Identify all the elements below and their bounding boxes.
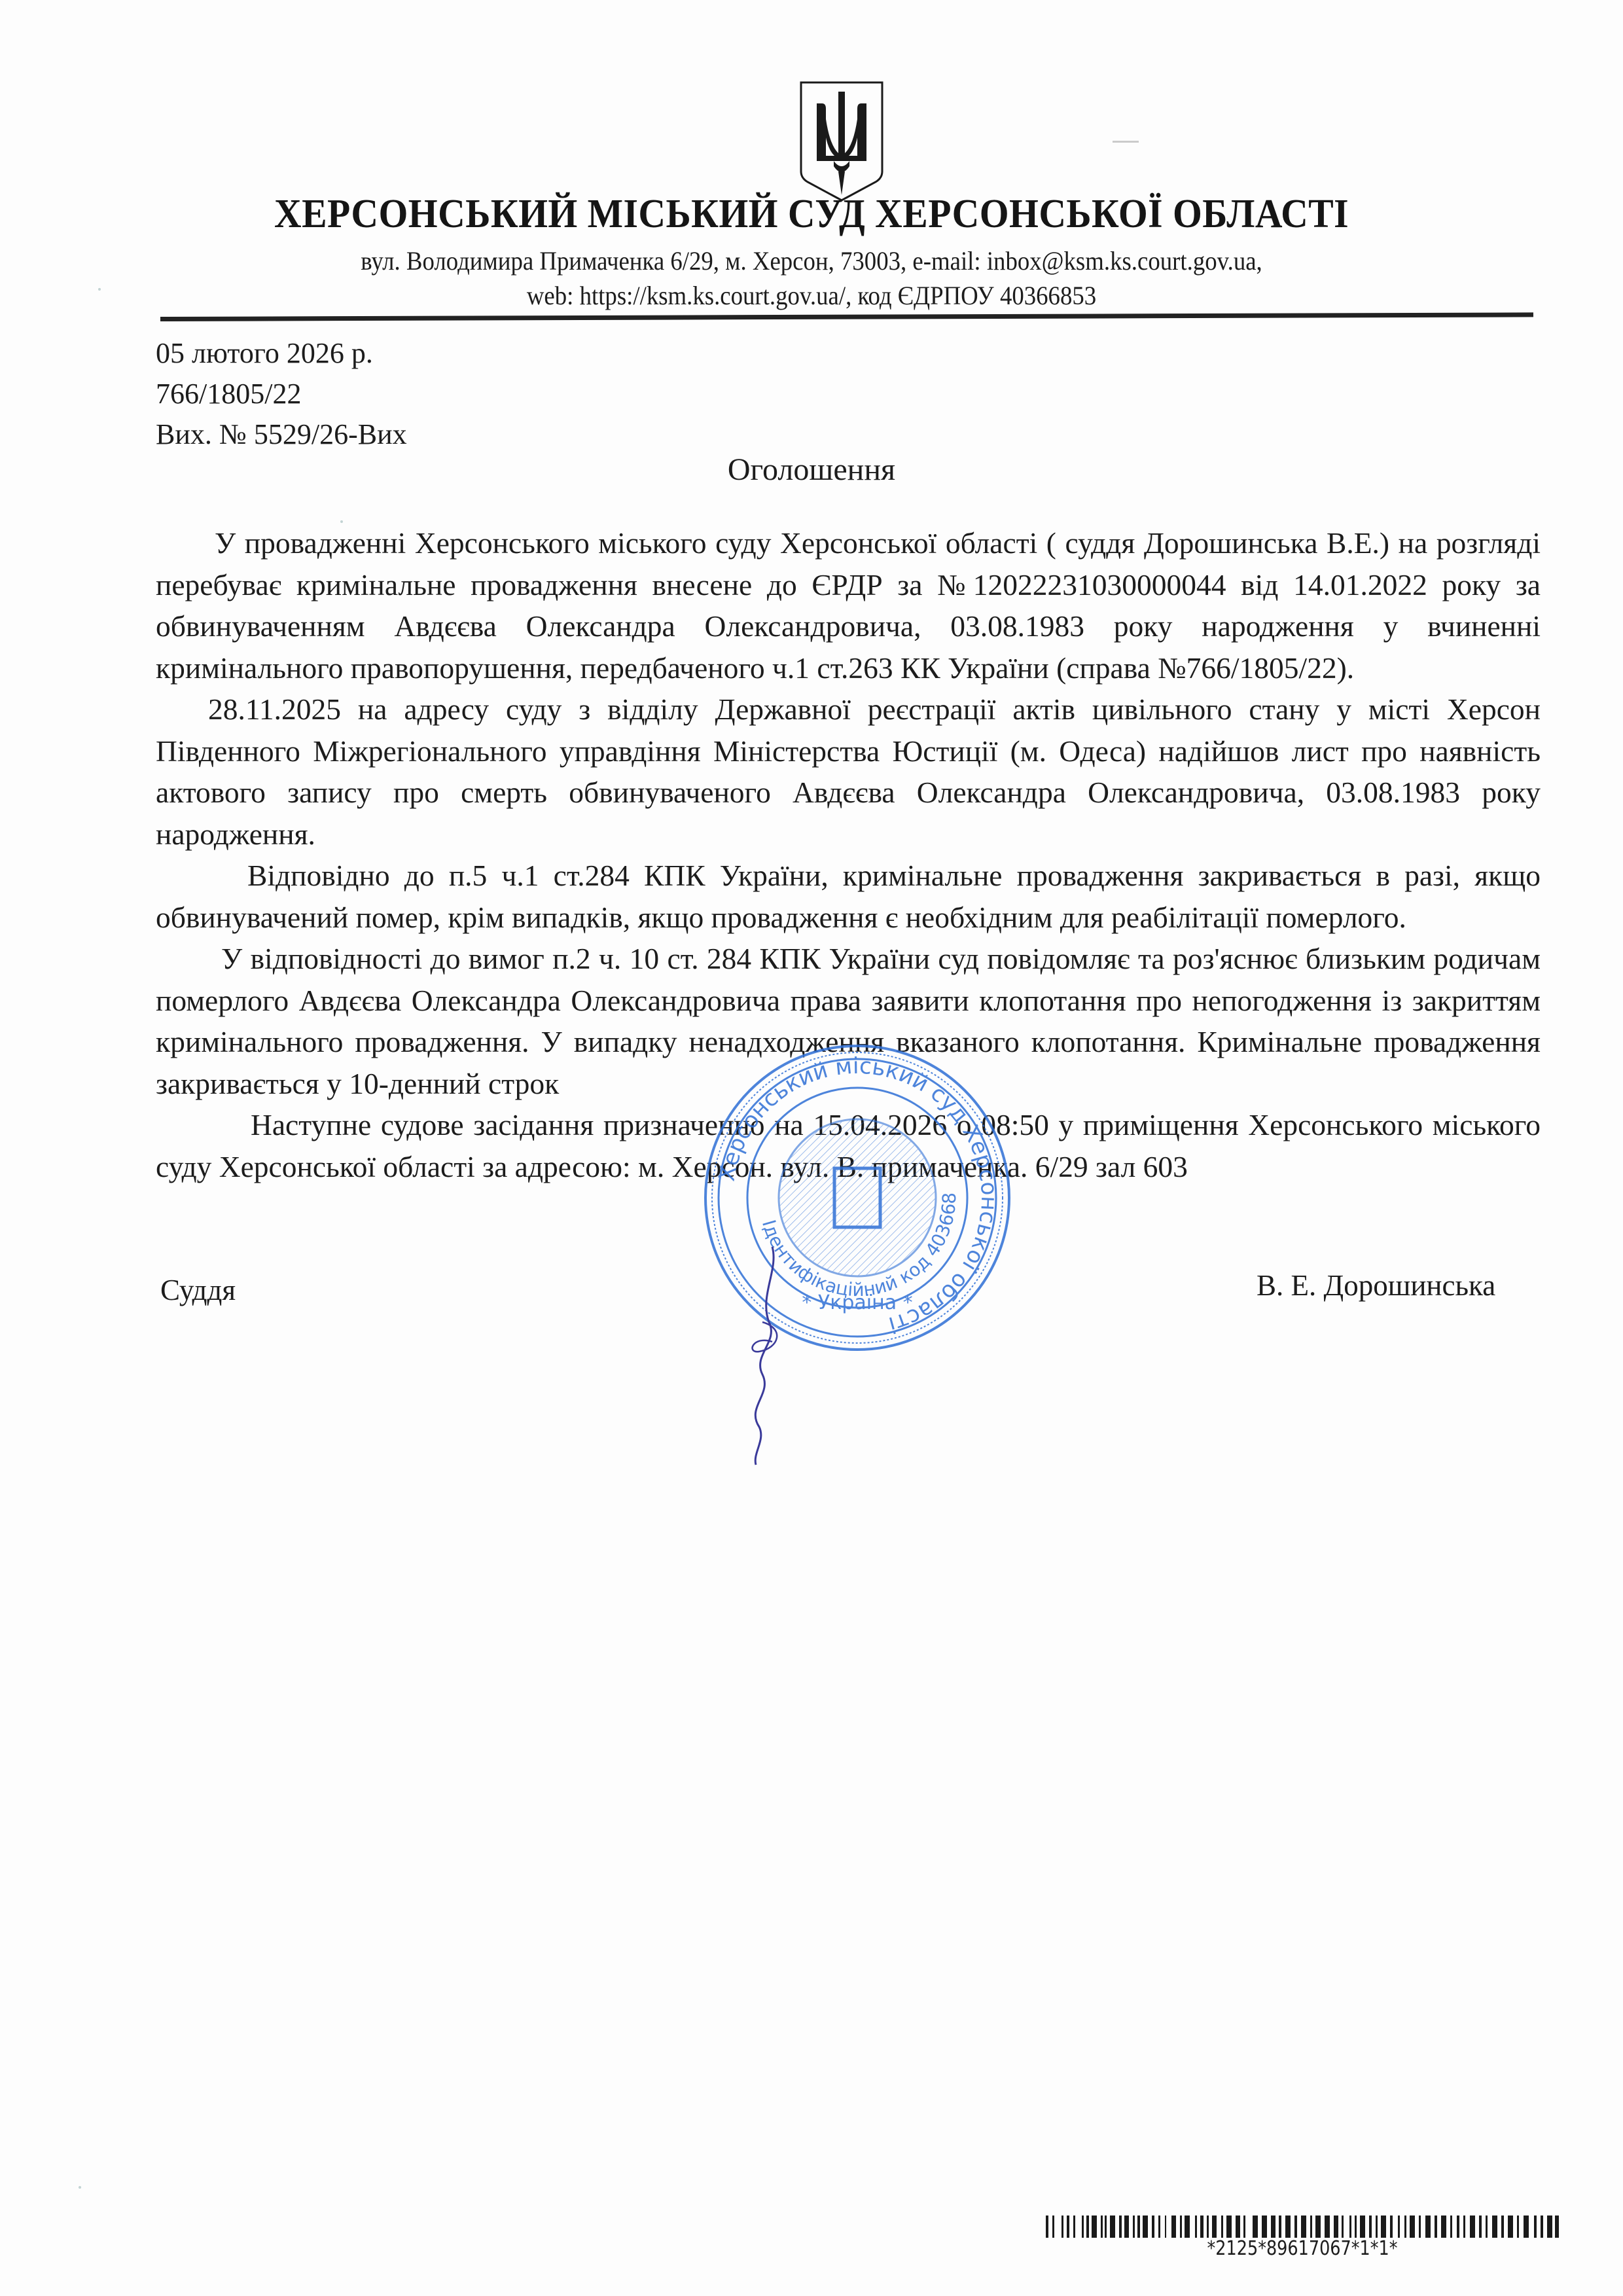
scan-speck [79, 2186, 81, 2189]
case-number: 766/1805/22 [156, 377, 301, 410]
signer-role: Суддя [160, 1273, 236, 1307]
document-barcode [1046, 2215, 1559, 2238]
barcode-number: *2125*89617067*1*1* [1084, 2237, 1520, 2260]
document-date: 05 лютого 2026 р. [156, 336, 373, 370]
scan-speck [340, 520, 343, 523]
paragraph-legal-basis: Відповідно до п.5 ч.1 ст.284 КПК України… [156, 855, 1541, 938]
paragraph-death-record: 28.11.2025 на адресу суду з відділу Держ… [156, 689, 1541, 855]
court-address-line: вул. Володимира Примаченка 6/29, м. Херс… [65, 245, 1558, 276]
handwritten-signature [733, 1244, 805, 1466]
document-title: Оголошення [0, 452, 1623, 488]
scan-speck [98, 288, 101, 291]
signer-name: В. Е. Дорошинська [1257, 1268, 1495, 1302]
court-name-heading: ХЕРСОНСЬКИЙ МІСЬКИЙ СУД ХЕРСОНСЬКОЇ ОБЛА… [57, 191, 1566, 238]
svg-text:* Україна *: * Україна * [802, 1291, 912, 1314]
header-divider [160, 312, 1533, 321]
scan-speck [1113, 141, 1139, 143]
paragraph-proceedings: У провадженні Херсонського міського суду… [156, 522, 1541, 689]
trident-coat-of-arms-icon [797, 80, 886, 203]
court-web-line: web: https://ksm.ks.court.gov.ua/, код Є… [65, 280, 1558, 311]
outgoing-number: Вих. № 5529/26-Вих [156, 418, 407, 451]
